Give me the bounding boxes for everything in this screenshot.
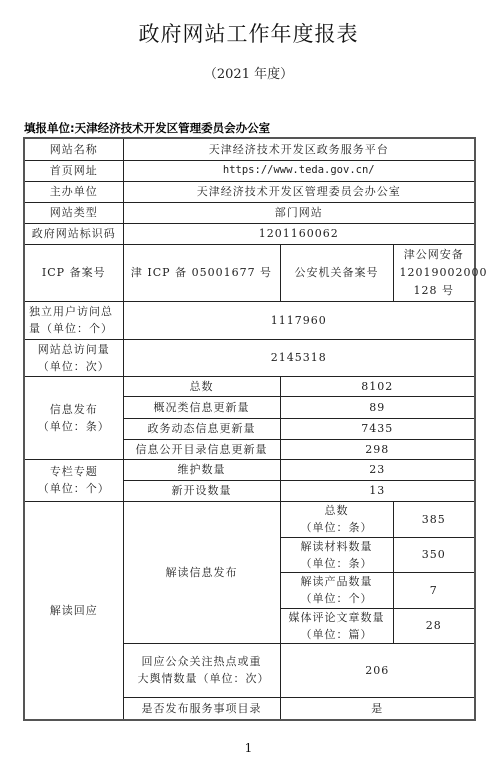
item-label: 维护数量 — [123, 459, 280, 480]
section-label: 专栏专题 — [27, 463, 121, 480]
item-value: 28 — [393, 608, 475, 643]
row-label: 网站类型 — [24, 202, 123, 223]
table-row: 主办单位 天津经济技术开发区管理委员会办公室 — [24, 181, 475, 202]
service-catalog-value: 是 — [280, 697, 475, 720]
item-value: 7435 — [280, 418, 475, 439]
item-name: 总数 — [283, 502, 391, 519]
item-value: 8102 — [280, 376, 475, 396]
total-visits-value: 2145318 — [123, 339, 475, 376]
report-year: （2021 年度） — [0, 63, 497, 82]
table-row: 首页网址 https://www.teda.gov.cn/ — [24, 160, 475, 181]
item-unit: （单位：篇） — [283, 626, 391, 643]
item-value: 298 — [280, 439, 475, 459]
section-unit: （单位：个） — [27, 480, 121, 497]
police-record-label: 公安机关备案号 — [280, 244, 393, 301]
service-catalog-label: 是否发布服务事项目录 — [123, 697, 280, 720]
item-value: 89 — [280, 396, 475, 418]
item-value: 23 — [280, 459, 475, 480]
interpretation-label: 解读回应 — [24, 501, 123, 720]
item-label: 解读材料数量 （单位：条） — [280, 537, 393, 572]
item-name: 解读材料数量 — [283, 538, 391, 555]
item-value: 7 — [393, 572, 475, 608]
table-row: ICP 备案号 津 ICP 备 05001677 号 公安机关备案号 津公网安备… — [24, 244, 475, 301]
row-label: 网站名称 — [24, 138, 123, 160]
response-label: 回应公众关注热点或重大舆情数量（单位：次） — [123, 643, 280, 697]
item-label: 新开设数量 — [123, 480, 280, 501]
filling-unit: 填报单位:天津经济技术开发区管理委员会办公室 — [24, 120, 270, 136]
table-row: 网站类型 部门网站 — [24, 202, 475, 223]
sponsor-value: 天津经济技术开发区管理委员会办公室 — [123, 181, 475, 202]
row-label: ICP 备案号 — [24, 244, 123, 301]
row-label: 主办单位 — [24, 181, 123, 202]
info-release-label: 信息发布 （单位：条） — [24, 376, 123, 459]
item-label: 总数 （单位：条） — [280, 501, 393, 537]
item-name: 媒体评论文章数量 — [283, 609, 391, 626]
table-row: 信息发布 （单位：条） 总数 8102 — [24, 376, 475, 396]
section-label: 信息发布 — [27, 401, 121, 418]
police-record-value: 津公网安备 12019002000 128 号 — [393, 244, 475, 301]
unique-visitors-value: 1117960 — [123, 301, 475, 339]
section-unit: （单位：条） — [27, 418, 121, 435]
item-unit: （单位：个） — [283, 590, 391, 607]
item-label: 概况类信息更新量 — [123, 396, 280, 418]
item-value: 385 — [393, 501, 475, 537]
table-row: 独立用户访问总量（单位：个） 1117960 — [24, 301, 475, 339]
site-type-value: 部门网站 — [123, 202, 475, 223]
item-unit: （单位：条） — [283, 519, 391, 536]
row-label: 网站总访问量（单位：次） — [24, 339, 123, 376]
columns-label: 专栏专题 （单位：个） — [24, 459, 123, 501]
item-name: 解读产品数量 — [283, 573, 391, 590]
row-label: 首页网址 — [24, 160, 123, 181]
table-row: 专栏专题 （单位：个） 维护数量 23 — [24, 459, 475, 480]
table-row: 网站总访问量（单位：次） 2145318 — [24, 339, 475, 376]
report-table: 网站名称 天津经济技术开发区政务服务平台 首页网址 https://www.te… — [23, 137, 476, 721]
homepage-value: https://www.teda.gov.cn/ — [123, 160, 475, 181]
item-value: 13 — [280, 480, 475, 501]
table-row: 政府网站标识码 1201160062 — [24, 223, 475, 244]
table-row: 网站名称 天津经济技术开发区政务服务平台 — [24, 138, 475, 160]
site-id-value: 1201160062 — [123, 223, 475, 244]
item-label: 信息公开目录信息更新量 — [123, 439, 280, 459]
table-row: 解读回应 解读信息发布 总数 （单位：条） 385 — [24, 501, 475, 537]
icp-value: 津 ICP 备 05001677 号 — [123, 244, 280, 301]
row-label: 政府网站标识码 — [24, 223, 123, 244]
row-label: 独立用户访问总量（单位：个） — [24, 301, 123, 339]
site-name-value: 天津经济技术开发区政务服务平台 — [123, 138, 475, 160]
page-number: 1 — [0, 741, 497, 755]
interpretation-sub-label: 解读信息发布 — [123, 501, 280, 643]
item-label: 政务动态信息更新量 — [123, 418, 280, 439]
response-value: 206 — [280, 643, 475, 697]
item-unit: （单位：条） — [283, 555, 391, 572]
item-label: 媒体评论文章数量 （单位：篇） — [280, 608, 393, 643]
report-title: 政府网站工作年度报表 — [0, 18, 497, 48]
item-value: 350 — [393, 537, 475, 572]
item-label: 总数 — [123, 376, 280, 396]
item-label: 解读产品数量 （单位：个） — [280, 572, 393, 608]
